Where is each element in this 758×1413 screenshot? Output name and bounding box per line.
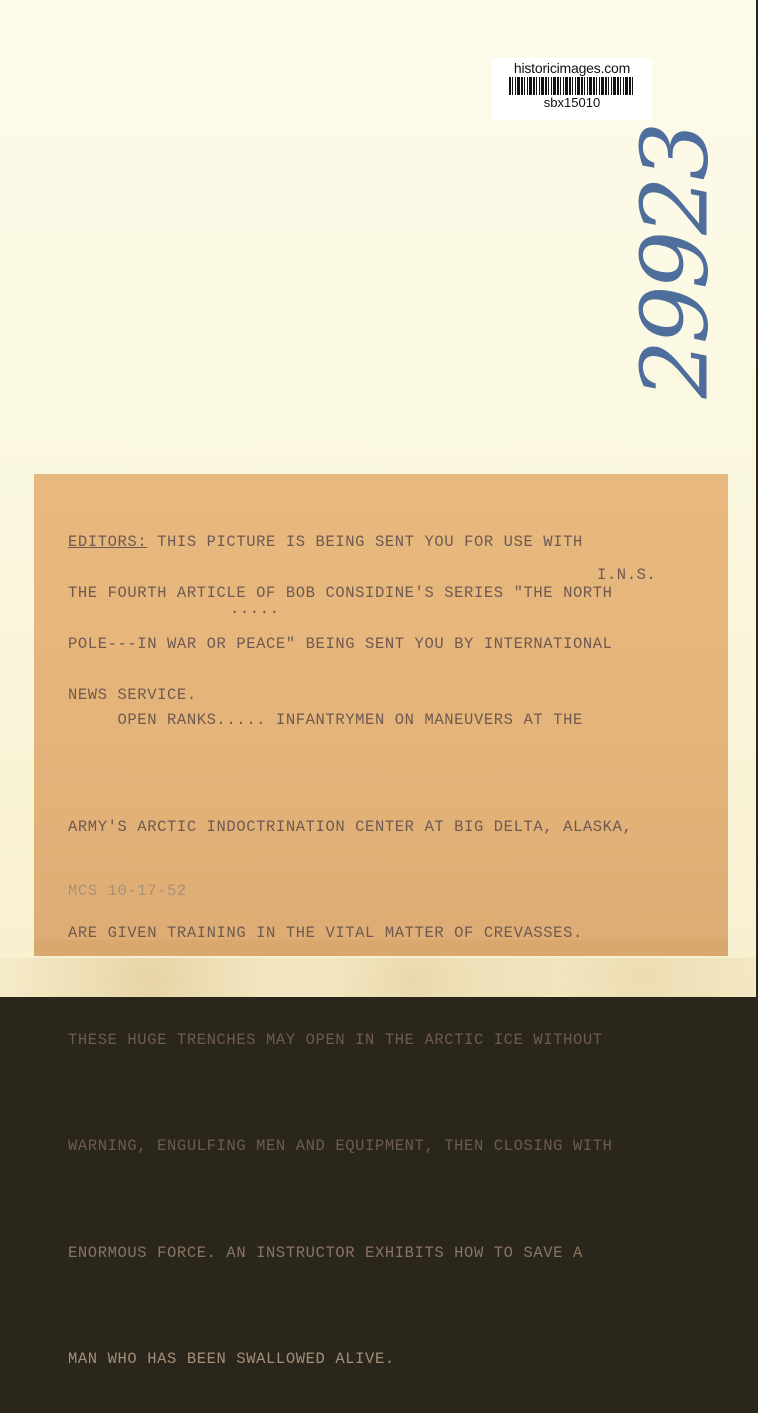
date-stamp: MCS 10-17-52 <box>68 882 187 900</box>
editors-label: EDITORS: <box>68 533 147 551</box>
separator: ..... <box>230 600 280 618</box>
barcode-icon <box>509 77 635 95</box>
barcode-label: historicimages.com sbx15010 <box>492 58 652 120</box>
signoff: I.N.S. <box>597 566 656 584</box>
editors-line-1: EDITORS: THIS PICTURE IS BEING SENT YOU … <box>68 534 613 551</box>
barcode-id-text: sbx15010 <box>492 95 652 110</box>
editors-line-2: THE FOURTH ARTICLE OF BOB CONSIDINE'S SE… <box>68 585 613 602</box>
barcode-site-text: historicimages.com <box>492 60 652 76</box>
body-line: OPEN RANKS..... INFANTRYMEN ON MANEUVERS… <box>68 703 632 739</box>
body-line: ARE GIVEN TRAINING IN THE VITAL MATTER O… <box>68 916 632 952</box>
body-line: ARMY'S ARCTIC INDOCTRINATION CENTER AT B… <box>68 810 632 846</box>
handwritten-number: 29923 <box>622 139 729 399</box>
caption-body: OPEN RANKS..... INFANTRYMEN ON MANEUVERS… <box>68 632 632 1000</box>
